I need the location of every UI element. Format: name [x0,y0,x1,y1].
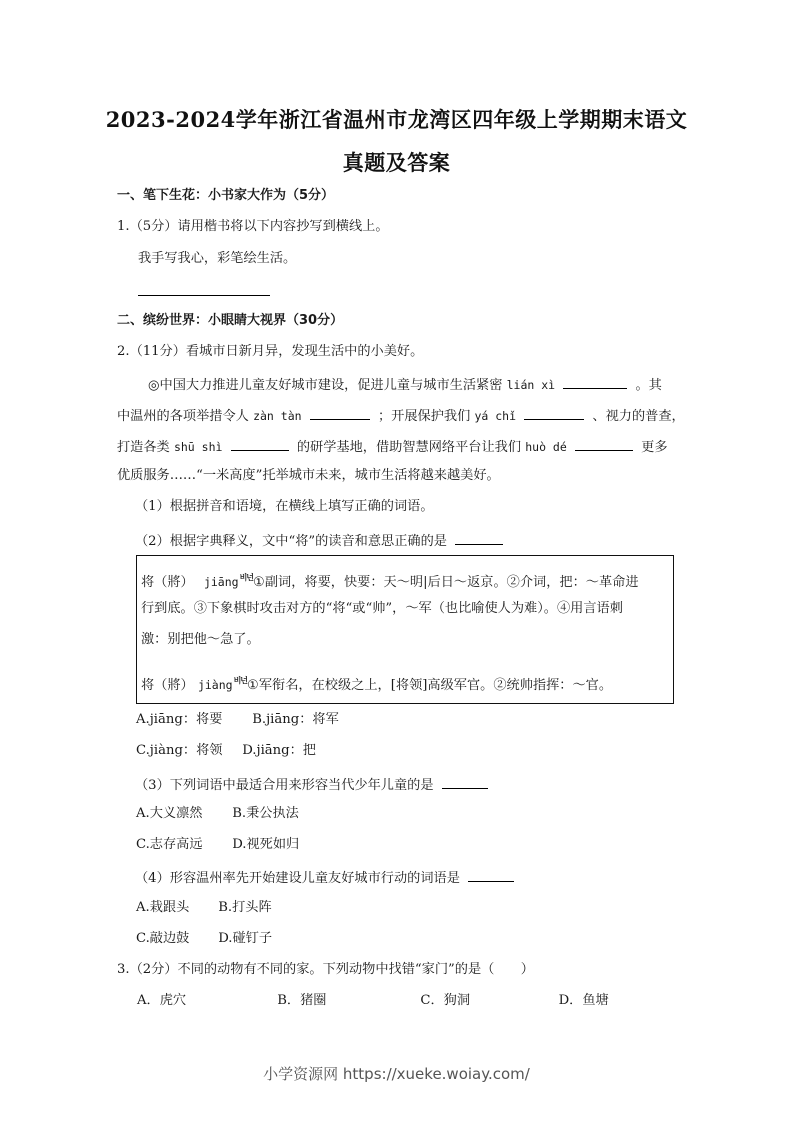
passage-text: 。其 [635,378,661,393]
pinyin-huode: huò dé [525,440,567,454]
passage-text: 、视力的普查， [592,409,684,424]
passage-text: 的研学基地，借助智慧网络平台让我们 [297,440,521,455]
q1-answer-line[interactable] [138,295,270,296]
option-a[interactable]: A.jiāng：将要 [136,711,248,729]
passage-text: 更多 [641,440,667,455]
option-d[interactable]: D.视死如归 [232,836,299,854]
blank-huode[interactable] [575,436,633,451]
pinyin-yachi: yá chǐ [474,409,516,423]
option-b[interactable]: B.打头阵 [218,899,271,917]
sub4-options-row1: A.栽跟头 B.打头阵 [136,899,272,917]
dict-head: 将（將） [141,678,194,693]
option-a[interactable]: A．虎穴 [137,992,273,1010]
passage-text: ；开展保护我们 [378,409,470,424]
audio-mark-icon: 비넌 [240,569,253,587]
blank-shushi[interactable] [231,436,289,451]
option-c[interactable]: C.志存高远 [136,836,228,854]
dict-entry2-line1: 将（將） jiàng비넌①军衔名，在校级之上，[将领]高级军官。②统帅指挥：～官… [141,672,612,695]
blank-lianxi[interactable] [563,374,627,389]
dict-entry1-line2: 行到底。③下象棋时攻击对方的“将“或“帅”，～军（也比喻使人为难）。④用言语刺 [141,600,623,618]
dict-entry1-line3: 激：别把他～急了。 [141,631,260,649]
section1-heading: 一、笔下生花：小书家大作为（5分） [117,187,334,205]
passage-line-1: ◎中国大力推进儿童友好城市建设，促进儿童与城市生活紧密 lián xì 。其 [148,374,662,395]
dict-pinyin: jiàng [198,678,233,692]
passage-line-4: 优质服务……“一米高度”托举城市未来，城市生活将越来越美好。 [117,467,500,485]
sub3-options-row2: C.志存高远 D.视死如归 [136,836,299,854]
option-a[interactable]: A.栽跟头 [136,899,214,917]
q2-sub3-text: （3）下列词语中最适合用来形容当代少年儿童的是 [135,778,434,793]
option-b[interactable]: B.jiāng：将军 [252,711,339,729]
dict-def: ①副词，将要，快要：天～明|后日～返京。②介词，把：～革命进 [253,575,639,590]
blank-sub2[interactable] [455,530,503,545]
pinyin-zantan: zàn tàn [253,409,301,423]
option-d[interactable]: D．鱼塘 [559,992,609,1010]
dictionary-box: 将（將） jiāng비넌①副词，将要，快要：天～明|后日～返京。②介词，把：～革… [136,555,674,704]
blank-zantan[interactable] [310,405,370,420]
q2-sub1: （1）根据拼音和语境，在横线上填写正确的词语。 [135,498,434,516]
option-a[interactable]: A.大义凛然 [136,805,228,823]
sub2-options-row2: C.jiàng：将领 D.jiāng：把 [136,742,316,760]
audio-mark-icon: 비넌 [234,672,247,690]
q3-stem: 3.（2分）不同的动物有不同的家。下列动物中找错“家门”的是（ ） [117,961,534,979]
blank-sub4[interactable] [468,867,514,882]
q3-options: A．虎穴 B．猪圈 C．狗洞 D．鱼塘 [137,992,609,1010]
q2-stem: 2.（11分）看城市日新月异，发现生活中的小美好。 [117,343,423,361]
dict-pinyin: jiāng [204,575,239,589]
document-page: 2023-2024学年浙江省温州市龙湾区四年级上学期期末语文 真题及答案 一、笔… [0,0,793,1122]
option-b[interactable]: B．猪圈 [277,992,416,1010]
q2-sub4-text: （4）形容温州率先开始建设儿童友好城市行动的词语是 [135,871,460,886]
document-title-line1: 2023-2024学年浙江省温州市龙湾区四年级上学期期末语文 [0,104,793,134]
q2-sub4: （4）形容温州率先开始建设儿童友好城市行动的词语是 [135,867,518,888]
dict-head: 将（將） [141,575,194,590]
footer-watermark: 小学资源网 https://xueke.woiay.com/ [0,1063,793,1084]
passage-line-3: 打造各类 shū shì 的研学基地，借助智慧网络平台让我们 huò dé 更多 [117,436,668,457]
passage-text: ◎中国大力推进儿童友好城市建设，促进儿童与城市生活紧密 [148,378,502,393]
q1-stem: 1.（5分）请用楷书将以下内容抄写到横线上。 [117,218,389,236]
pinyin-lianxi: lián xì [507,378,555,392]
dict-entry1-line1: 将（將） jiāng비넌①副词，将要，快要：天～明|后日～返京。②介词，把：～革… [141,569,639,592]
q2-sub3: （3）下列词语中最适合用来形容当代少年儿童的是 [135,774,492,795]
dict-def: ①军衔名，在校级之上，[将领]高级军官。②统帅指挥：～官。 [247,678,612,693]
blank-sub3[interactable] [442,774,488,789]
option-c[interactable]: C.敲边鼓 [136,930,214,948]
passage-line-2: 中温州的各项举措令人 zàn tàn ；开展保护我们 yá chǐ 、视力的普查… [117,405,685,426]
section2-heading: 二、缤纷世界：小眼睛大视界（30分） [117,312,343,330]
option-d[interactable]: D.jiāng：把 [242,742,316,760]
passage-text: 打造各类 [117,440,170,455]
q2-sub2: （2）根据字典释义，文中“将”的读音和意思正确的是 [135,530,507,551]
q1-content: 我手写我心，彩笔绘生活。 [138,250,296,268]
option-b[interactable]: B.秉公执法 [232,805,299,823]
pinyin-shushi: shū shì [174,440,222,454]
option-c[interactable]: C．狗洞 [420,992,554,1010]
option-c[interactable]: C.jiàng：将领 [136,742,238,760]
option-d[interactable]: D.碰钉子 [218,930,272,948]
q2-sub2-text: （2）根据字典释义，文中“将”的读音和意思正确的是 [135,534,447,549]
sub3-options-row1: A.大义凛然 B.秉公执法 [136,805,299,823]
blank-yachi[interactable] [524,405,584,420]
sub2-options-row1: A.jiāng：将要 B.jiāng：将军 [136,711,339,729]
document-title-line2: 真题及答案 [0,147,793,177]
passage-text: 中温州的各项举措令人 [117,409,249,424]
sub4-options-row2: C.敲边鼓 D.碰钉子 [136,930,272,948]
